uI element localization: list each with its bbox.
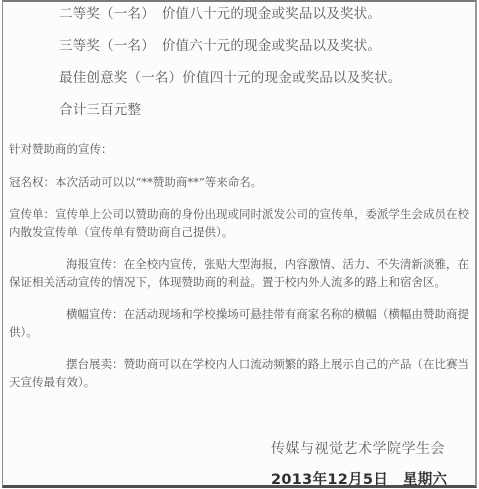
document-screenshot: 二等奖（一名） 价值八十元的现金或奖品以及奖状。 三等奖（一名） 价值六十元的现… bbox=[0, 0, 479, 489]
document-page: 二等奖（一名） 价值八十元的现金或奖品以及奖状。 三等奖（一名） 价值六十元的现… bbox=[2, 0, 477, 488]
paragraph-prize-third: 三等奖（一名） 价值六十元的现金或奖品以及奖状。 bbox=[9, 38, 469, 55]
paragraph-prize-creative: 最佳创意奖（一名）价值四十元的现金或奖品以及奖状。 bbox=[9, 70, 469, 87]
paragraph-flyers: 宣传单：宣传单上公司以赞助商的身份出现或同时派发公司的宣传单，委派学生会成员在校… bbox=[9, 206, 469, 241]
paragraph-sponsor-publicity-heading: 针对赞助商的宣传： bbox=[9, 141, 469, 159]
paragraph-poster-publicity: 海报宣传：在全校内宣传，张贴大型海报，内容激情、活力、不失清新淡雅，在保证相关活… bbox=[9, 256, 469, 291]
signature-organization: 传媒与视觉艺术学院学生会 bbox=[271, 440, 469, 458]
paragraph-booth-display: 摆台展卖：赞助商可以在学校内人口流动频繁的路上展示自己的产品（在比赛当天宣传最有… bbox=[9, 356, 469, 391]
paragraph-prize-second: 二等奖（一名） 价值八十元的现金或奖品以及奖状。 bbox=[9, 6, 469, 23]
document-date: 2013年12月5日 星期六 bbox=[271, 471, 469, 489]
paragraph-banner-publicity: 横幅宣传：在活动现场和学校操场可悬挂带有商家名称的横幅（横幅由赞助商提供）。 bbox=[9, 306, 469, 341]
paragraph-naming-rights: 冠名权：本次活动可以以“**赞助商**”等来命名。 bbox=[9, 174, 469, 192]
paragraph-total-amount: 合计三百元整 bbox=[9, 102, 469, 119]
